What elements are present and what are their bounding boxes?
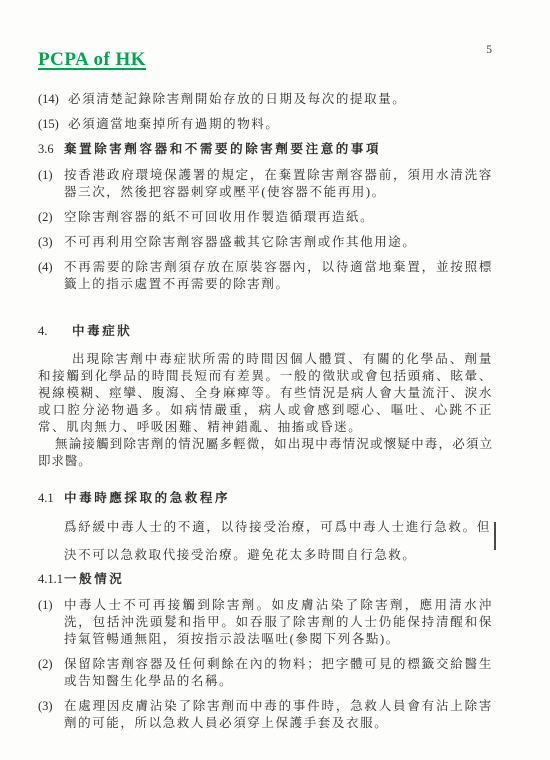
list-item-number: (1) [38,167,64,201]
list-item-number: (3) [38,234,64,251]
section-title: 中毒時應採取的急救程序 [64,490,230,507]
section-number: 3.6 [38,141,64,158]
list-item: (15) 必須適當地棄掉所有過期的物料。 [38,116,493,133]
list-item-number: (3) [38,698,64,732]
list-item-text: 不可再利用空除害劑容器盛載其它除害劑或作其他用途。 [64,234,493,251]
list-item: (2) 保留除害劑容器及任何剩餘在內的物料；把字體可見的標籤交給醫生或告知醫生化… [38,656,493,690]
list-item-number: (14) [38,91,68,108]
list-item: (4) 不再需要的除害劑須存放在原裝容器內，以待適當地棄置，並按照標籤上的指示處… [38,259,493,293]
list-item: (2) 空除害劑容器的紙不可回收用作製造循環再造紙。 [38,209,493,226]
list-item-number: (2) [38,656,64,690]
list-item: (3) 不可再利用空除害劑容器盛載其它除害劑或作其他用途。 [38,234,493,251]
section-number: 4.1 [38,490,64,507]
section-title: 棄置除害劑容器和不需要的除害劑要注意的事項 [64,141,381,158]
paragraph-seek-doctor: 無論接觸到除害劑的情況屬多輕微，如出現中毒情況或懷疑中毒，必須立即求醫。 [38,436,493,470]
list-item-text: 在處理因皮膚沾染了除害劑而中毒的事件時，急救人員會有沾上除害劑的可能，所以急救人… [64,698,493,732]
list-item-number: (15) [38,116,68,133]
org-logo-link[interactable]: PCPA of HK [38,49,146,71]
list-item-text: 必須清楚記錄除害劑開始存放的日期及每次的提取量。 [68,91,493,108]
section-number: 4.1.1 [38,571,64,588]
list-item: (1) 中毒人士不可再接觸到除害劑。如皮膚沾染了除害劑，應用清水沖洗，包括沖洗頭… [38,597,493,648]
list-item-text: 必須適當地棄掉所有過期的物料。 [68,116,493,133]
revision-change-bar [494,522,496,550]
list-item: (3) 在處理因皮膚沾染了除害劑而中毒的事件時，急救人員會有沾上除害劑的可能，所… [38,698,493,732]
document-page: 5 PCPA of HK (14) 必須清楚記錄除害劑開始存放的日期及每次的提取… [0,0,550,760]
list-item-number: (1) [38,597,64,648]
list-item-number: (4) [38,259,64,293]
page-number: 5 [486,44,492,56]
paragraph-symptoms: 出現除害劑中毒症狀所需的時間因個人體質、有關的化學品、劑量和接觸到化學品的時間長… [38,351,493,436]
section-heading-4-1-1: 4.1.1 一般情況 [38,571,493,588]
list-item-text: 中毒人士不可再接觸到除害劑。如皮膚沾染了除害劑，應用清水沖洗，包括沖洗頭髮和指甲… [64,597,493,648]
list-item: (14) 必須清楚記錄除害劑開始存放的日期及每次的提取量。 [38,91,493,108]
list-item-text: 不再需要的除害劑須存放在原裝容器內，以待適當地棄置，並按照標籤上的指示處置不再需… [64,259,493,293]
section-title: 一般情況 [64,571,124,588]
list-item-number: (2) [38,209,64,226]
section-heading-4: 4. 中毒症狀 [38,323,493,340]
section-number: 4. [38,323,72,340]
paragraph-first-aid: 爲紓緩中毒人士的不適，以待接受治療，可爲中毒人士進行急救。但決不可以急救取代接受… [64,513,493,569]
section-heading-3-6: 3.6 棄置除害劑容器和不需要的除害劑要注意的事項 [38,141,493,158]
list-item-text: 按香港政府環境保護署的規定，在棄置除害劑容器前，須用水清洗容器三次，然後把容器刺… [64,167,493,201]
list-item: (1) 按香港政府環境保護署的規定，在棄置除害劑容器前，須用水清洗容器三次，然後… [38,167,493,201]
list-item-text: 保留除害劑容器及任何剩餘在內的物料；把字體可見的標籤交給醫生或告知醫生化學品的名… [64,656,493,690]
list-item-text: 空除害劑容器的紙不可回收用作製造循環再造紙。 [64,209,493,226]
section-title: 中毒症狀 [72,323,132,340]
section-heading-4-1: 4.1 中毒時應採取的急救程序 [38,490,493,507]
